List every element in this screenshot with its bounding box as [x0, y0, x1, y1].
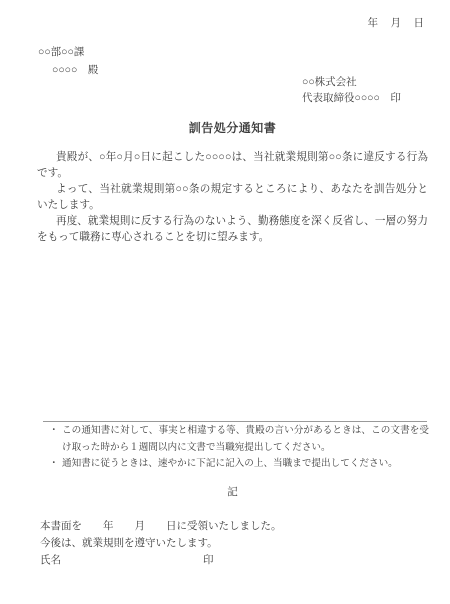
sender-company: ○○株式会社 [302, 74, 357, 89]
notes-list: ・ この通知書に対して、事実と相違する等、貴殿の言い分があるときは、この文書を受… [49, 423, 429, 473]
note-bullet-icon: ・ [49, 456, 62, 473]
recipient-name: ○○○○ 殿 [52, 62, 98, 77]
name-field-label: 氏名 [40, 555, 61, 566]
receipt-date-line: 本書面を 年 月 日に受領いたしました。 [40, 518, 282, 535]
document-title: 訓告処分通知書 [37, 119, 428, 136]
receipt-section: 本書面を 年 月 日に受領いたしました。 今後は、就業規則を遵守いたします。 氏… [40, 518, 282, 569]
divider-line [43, 421, 427, 422]
note-item: ・ 通知書に従うときは、速やかに下記に記入の上、当職まで提出してください。 [49, 456, 429, 473]
note-bullet-icon: ・ [49, 423, 62, 456]
sender-representative-seal: 代表取締役○○○○ 印 [302, 90, 401, 105]
seal-field-label: 印 [203, 555, 214, 566]
reprimand-notice-document: 年 月 日 ○○部○○課 ○○○○ 殿 ○○株式会社 代表取締役○○○○ 印 訓… [0, 0, 450, 604]
document-body: 貴殿が、○年○月○日に起こした○○○○は、当社就業規則第○○条に違反する行為です… [37, 150, 428, 246]
body-paragraph-1: 貴殿が、○年○月○日に起こした○○○○は、当社就業規則第○○条に違反する行為です… [37, 150, 428, 182]
signature-row: 氏名印 [40, 552, 282, 569]
receipt-pledge-line: 今後は、就業規則を遵守いたします。 [40, 535, 282, 552]
date-line: 年 月 日 [368, 15, 426, 30]
recipient-department: ○○部○○課 [38, 44, 84, 59]
body-paragraph-3: 再度、就業規則に反する行為のないよう、勤務態度を深く反省し、一層の努力をもって職… [37, 214, 428, 246]
note-text-compliance: 通知書に従うときは、速やかに下記に記入の上、当職まで提出してください。 [62, 456, 429, 473]
note-item: ・ この通知書に対して、事実と相違する等、貴殿の言い分があるときは、この文書を受… [49, 423, 429, 456]
note-text-objection: この通知書に対して、事実と相違する等、貴殿の言い分があるときは、この文書を受け取… [62, 423, 429, 456]
ki-section-label: 記 [37, 484, 428, 499]
body-paragraph-2: よって、当社就業規則第○○条の規定するところにより、あなたを訓告処分といたします… [37, 182, 428, 214]
